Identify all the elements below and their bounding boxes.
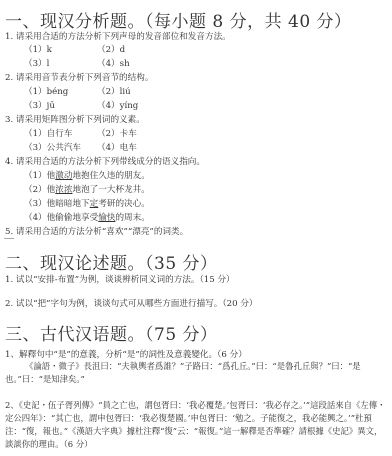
sentence-text: 的周末。 [115, 213, 149, 223]
option: （4）电车 [97, 141, 137, 153]
option: （3）公共汽车 [24, 141, 81, 153]
sentence-text: 考研的决心。 [98, 199, 150, 209]
question-3-2: 2、《史記・伍子胥列傳》“員之亡也，謂包胥曰：‘我必覆楚。’包胥曰：‘我必存之。… [5, 399, 389, 451]
sentence-text: 他暗暗地下 [47, 199, 90, 209]
section-3-title: 三、古代汉语题。（75 分） [5, 320, 218, 345]
question-2-1: 1. 试以“安排-布置”为例，谈谈辨析同义词的方法。（15 分） [5, 273, 235, 285]
underlined-text: 愉快 [98, 213, 115, 223]
option: （3）l [24, 57, 49, 69]
item-number: （3） [24, 199, 47, 209]
question-1-5: 5. 请采用合适的方法分析“喜欢”“漂亮”的词类。 [5, 225, 188, 237]
item-number: （1） [24, 171, 47, 181]
underlined-text: 定 [90, 199, 99, 209]
section-1-title: 一、现汉分析题。（每小题 8 分，共 40 分） [5, 7, 352, 32]
option: （2）卡车 [97, 127, 137, 139]
option: （3）jū [24, 99, 55, 111]
sentence-item: （3）他暗暗地下定考研的决心。 [24, 197, 150, 209]
question-1-4: 4. 请采用合适的方法分析下列带线成分的语义指向。 [5, 155, 205, 167]
sentence-text: 地泡了一大杯龙井。 [72, 185, 149, 195]
option: （1）béng [24, 85, 68, 97]
option: （4）sh [97, 57, 130, 69]
option: （2）d [97, 43, 125, 55]
sentence-item: （2）他浓浓地泡了一大杯龙井。 [24, 183, 150, 195]
divider [4, 238, 14, 239]
sentence-text: 地抱住久违的朋友。 [72, 171, 149, 181]
exam-page: 一、现汉分析题。（每小题 8 分，共 40 分） 1. 请采用合适的方法分析下列… [0, 0, 392, 456]
sentence-item: （4）他偷偷地享受愉快的周末。 [24, 211, 150, 223]
option: （4）yíng [97, 99, 138, 111]
sentence-text: 他 [47, 171, 56, 181]
question-2-2: 2. 试以“把”字句为例，谈谈句式可从哪些方面进行描写。（20 分） [5, 297, 258, 309]
question-1-2: 2. 请采用音节表分析下列音节的结构。 [5, 71, 153, 83]
question-1-3: 3. 请采用矩阵图分析下列词的义素。 [5, 113, 145, 125]
question-3-1-passage: 《論語・微子》長沮曰：“夫執輿者爲誰？”子路曰：“爲孔丘。”曰：“是魯孔丘與？”… [5, 360, 389, 386]
item-number: （4） [24, 213, 47, 223]
question-1-1: 1. 请采用合适的方法分析下列声母的发音部位和发音方法。 [5, 30, 231, 42]
underlined-text: 激动 [55, 171, 72, 181]
sentence-text: 他 [47, 185, 56, 195]
item-number: （2） [24, 185, 47, 195]
question-3-1: 1、解釋句中“是”的意義，分析“是”的詞性及意義變化。（6 分） [5, 348, 247, 360]
option: （2）liú [97, 85, 131, 97]
sentence-text: 他偷偷地享受 [47, 213, 99, 223]
option: （1）自行车 [24, 127, 72, 139]
underlined-text: 浓浓 [55, 185, 72, 195]
section-2-title: 二、现汉论述题。（35 分） [5, 249, 218, 274]
option: （1）k [24, 43, 52, 55]
sentence-item: （1）他激动地抱住久违的朋友。 [24, 169, 150, 181]
